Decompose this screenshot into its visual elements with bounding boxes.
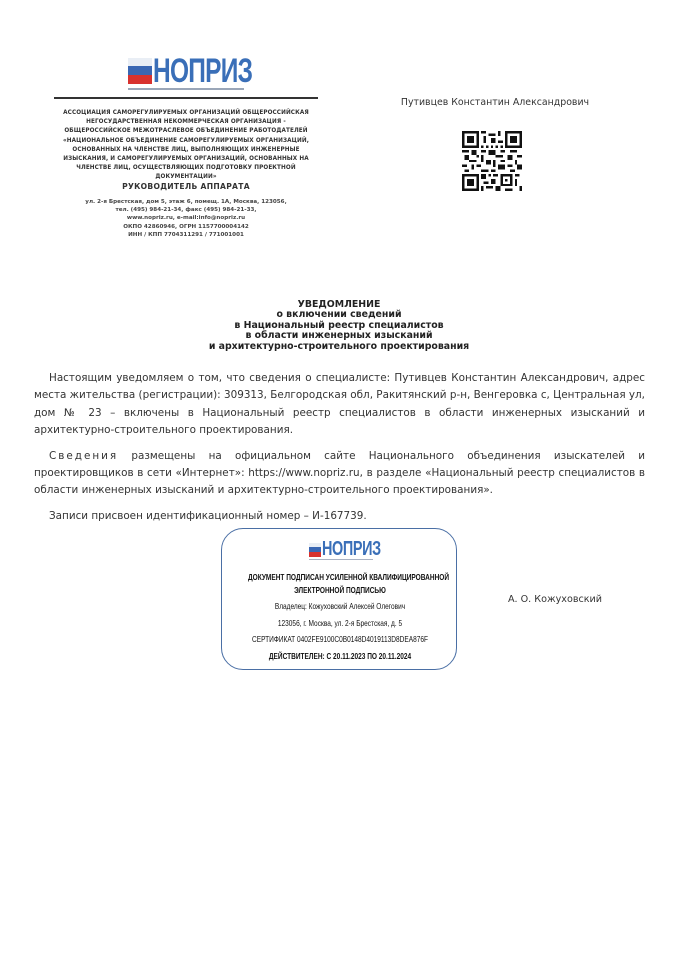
qr-code-icon bbox=[462, 131, 522, 191]
notice-body: Настоящим уведомляем о том, что сведения… bbox=[34, 370, 645, 533]
recipient-name: Путивцев Константин Александрович bbox=[380, 97, 610, 108]
notice-title: УВЕДОМЛЕНИЕ о включении сведений в Нацио… bbox=[120, 300, 558, 352]
stamp-validity: ДЕЙСТВИТЕЛЕН: С 20.11.2023 ПО 20.11.2024 bbox=[248, 651, 432, 661]
electronic-signature-stamp: НОПРИЗ ДОКУМЕНТ ПОДПИСАН УСИЛЕННОЙ КВАЛИ… bbox=[221, 528, 457, 670]
stamp-logo-text: НОПРИЗ bbox=[322, 539, 381, 559]
sender-role: РУКОВОДИТЕЛЬ АППАРАТА bbox=[54, 182, 318, 191]
stamp-address: 123056, г. Москва, ул. 2-я Брестская, д.… bbox=[248, 618, 432, 628]
stamp-logo: НОПРИЗ bbox=[309, 540, 373, 560]
stamp-owner: Владелец: Кожуховский Алексей Олегович bbox=[248, 601, 432, 611]
header-divider bbox=[54, 97, 318, 99]
signer-name: А. О. Кожуховский bbox=[470, 594, 640, 605]
stamp-certificate: СЕРТИФИКАТ 0402FE9100C0B0148D4019113D8DE… bbox=[248, 634, 432, 644]
logo-text: НОПРИЗ bbox=[153, 53, 252, 89]
nopriz-logo: НОПРИЗ bbox=[128, 54, 244, 94]
stamp-heading-line1: ДОКУМЕНТ ПОДПИСАН УСИЛЕННОЙ КВАЛИФИЦИРОВ… bbox=[248, 572, 432, 582]
paragraph-identifier: Записи присвоен идентификационный номер … bbox=[34, 508, 645, 525]
paragraph-publication-info: Сведения размещены на официальном сайте … bbox=[34, 448, 645, 500]
russian-flag-icon bbox=[128, 58, 152, 84]
organization-name: АССОЦИАЦИЯ САМОРЕГУЛИРУЕМЫХ ОРГАНИЗАЦИЙ … bbox=[54, 109, 318, 183]
paragraph-specialist-info: Настоящим уведомляем о том, что сведения… bbox=[34, 370, 645, 440]
contact-details: ул. 2-я Брестская, дом 5, этаж 6, помещ.… bbox=[54, 198, 318, 239]
logo-subtitle-bar bbox=[128, 88, 244, 90]
russian-flag-icon bbox=[309, 543, 321, 557]
stamp-heading-line2: ЭЛЕКТРОННОЙ ПОДПИСЬЮ bbox=[248, 585, 432, 595]
